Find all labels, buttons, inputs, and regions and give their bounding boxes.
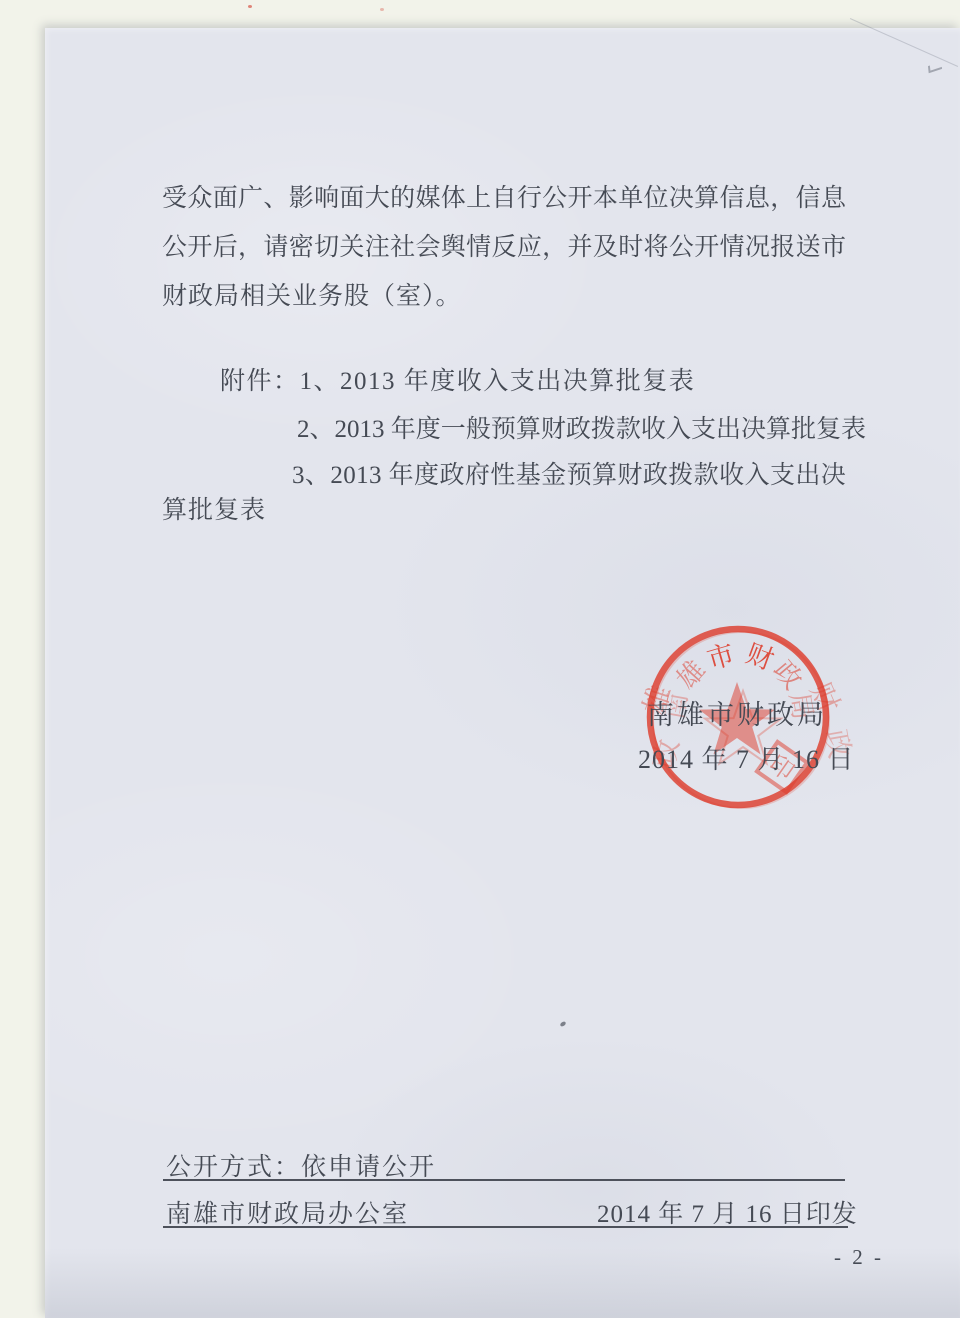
- red-speck: [248, 5, 252, 8]
- footer-rule-2: [163, 1226, 848, 1228]
- red-speck: [380, 8, 384, 11]
- attachment-line-1: 附件：1、2013 年度收入支出决算批复表: [220, 367, 695, 397]
- paragraph-line-2: 公开后，请密切关注社会舆情反应，并及时将公开情况报送市: [162, 233, 846, 263]
- paragraph-line-1: 受众面广、影响面大的媒体上自行公开本单位决算信息，信息: [162, 184, 846, 214]
- signature-date: 2014 年 7 月 16 日: [638, 739, 855, 776]
- scanned-document-page: { "document": { "kind": "scanned officia…: [0, 0, 960, 1318]
- attachment-line-3: 3、2013 年度政府性基金预算财政拨款收入支出决: [292, 461, 846, 491]
- attachment-line-4: 算批复表: [162, 496, 266, 526]
- signature-agency: 南雄市财政局: [647, 693, 827, 732]
- footer-rule-1: [163, 1179, 845, 1181]
- paragraph-line-3: 财政局相关业务股（室）。: [162, 282, 462, 312]
- seal-arc-char: 市: [704, 639, 738, 675]
- attachment-line-2: 2、2013 年度一般预算财政拨款收入支出决算批复表: [297, 415, 846, 445]
- page-number: - 2 -: [834, 1245, 884, 1270]
- scan-bottom-shadow: [45, 1248, 960, 1318]
